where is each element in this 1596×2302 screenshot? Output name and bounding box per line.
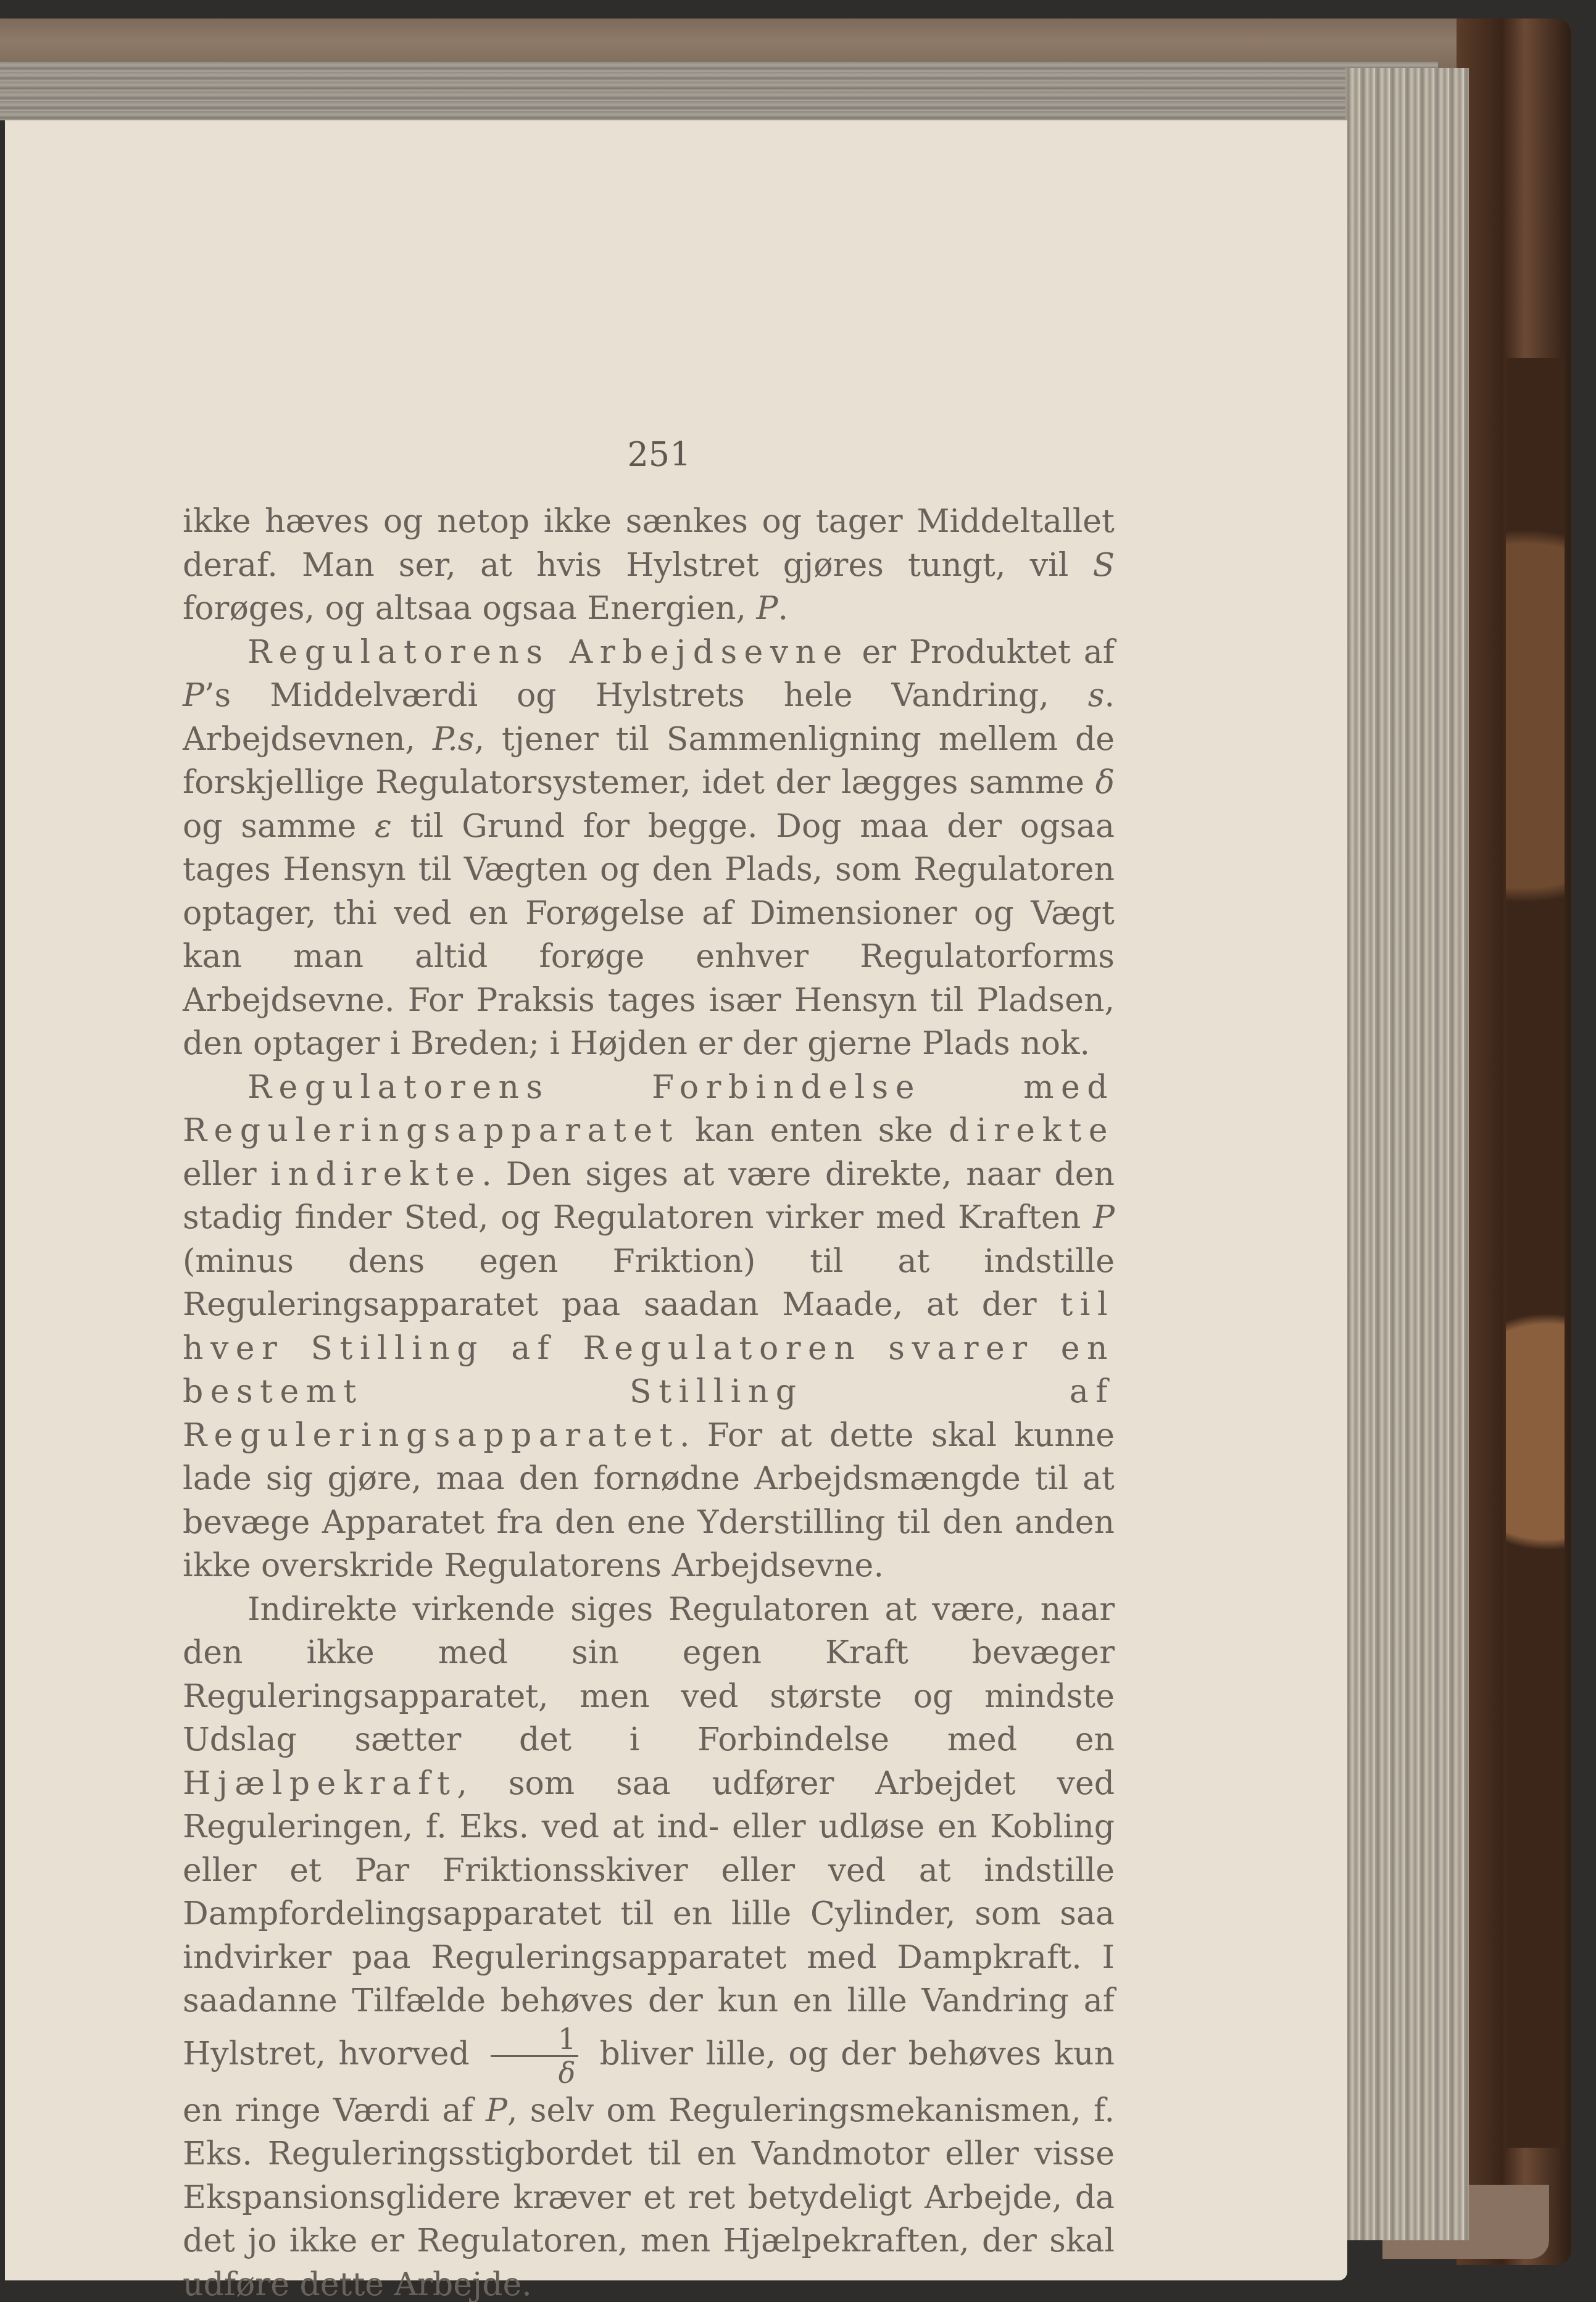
text-run: . — [778, 590, 789, 627]
text-run: Indirekte virkende siges Regulatoren at … — [183, 1591, 1115, 1759]
math-symbol: P.s — [433, 721, 475, 758]
text-run: ikke hæves og netop ikke sænkes og tager… — [183, 503, 1115, 584]
page-edges-top — [0, 62, 1438, 120]
fraction-one-over-delta: 1δ — [491, 2023, 578, 2089]
text-run: eller — [183, 1156, 271, 1193]
paragraph: ikke hæves og netop ikke sænkes og tager… — [183, 500, 1115, 631]
text-run: (minus dens egen Friktion) til at indsti… — [183, 1243, 1115, 1324]
emphasized-term: direkte — [949, 1112, 1115, 1149]
paragraph: Regulatorens Arbejdsevne er Produktet af… — [183, 631, 1115, 1066]
text-run: og samme — [183, 808, 375, 845]
marbled-cover-edge — [1506, 358, 1565, 2148]
text-run: er Produktet af — [849, 634, 1115, 671]
book-page: 251 ikke hæves og netop ikke sænkes og t… — [5, 120, 1347, 2280]
text-run: , som saa udfører Arbejdet ved Regulerin… — [183, 1765, 1115, 2072]
paragraph: Indirekte virkende siges Regulatoren at … — [183, 1588, 1115, 2302]
emphasized-term: Hjælpekraft — [183, 1765, 457, 1802]
text-run: til Grund for begge. Dog maa der ogsaa t… — [183, 808, 1115, 1063]
body-text: ikke hæves og netop ikke sænkes og tager… — [183, 500, 1115, 2302]
paragraph: Regulatorens Forbindelse med Regulerings… — [183, 1066, 1115, 1588]
math-symbol: δ — [1095, 764, 1115, 801]
text-run: ’s Middelværdi og Hylstrets hele Vandrin… — [204, 677, 1088, 714]
math-symbol: ε — [375, 808, 392, 845]
text-run: forøges, og alt­saa ogsaa Energien, — [183, 590, 757, 627]
math-symbol: P — [183, 677, 204, 714]
math-symbol: P — [1093, 1199, 1115, 1236]
page-edges-right — [1345, 68, 1469, 2240]
math-symbol: P — [757, 590, 778, 627]
math-symbol: S — [1092, 547, 1115, 584]
emphasized-term: indirekte — [271, 1156, 482, 1193]
emphasized-term: Regulatorens Arbejdsevne — [247, 634, 849, 671]
math-symbol: s — [1088, 677, 1105, 714]
math-symbol: P — [486, 2092, 507, 2129]
page-number: 251 — [622, 435, 696, 474]
text-run: kan enten ske — [680, 1112, 949, 1149]
